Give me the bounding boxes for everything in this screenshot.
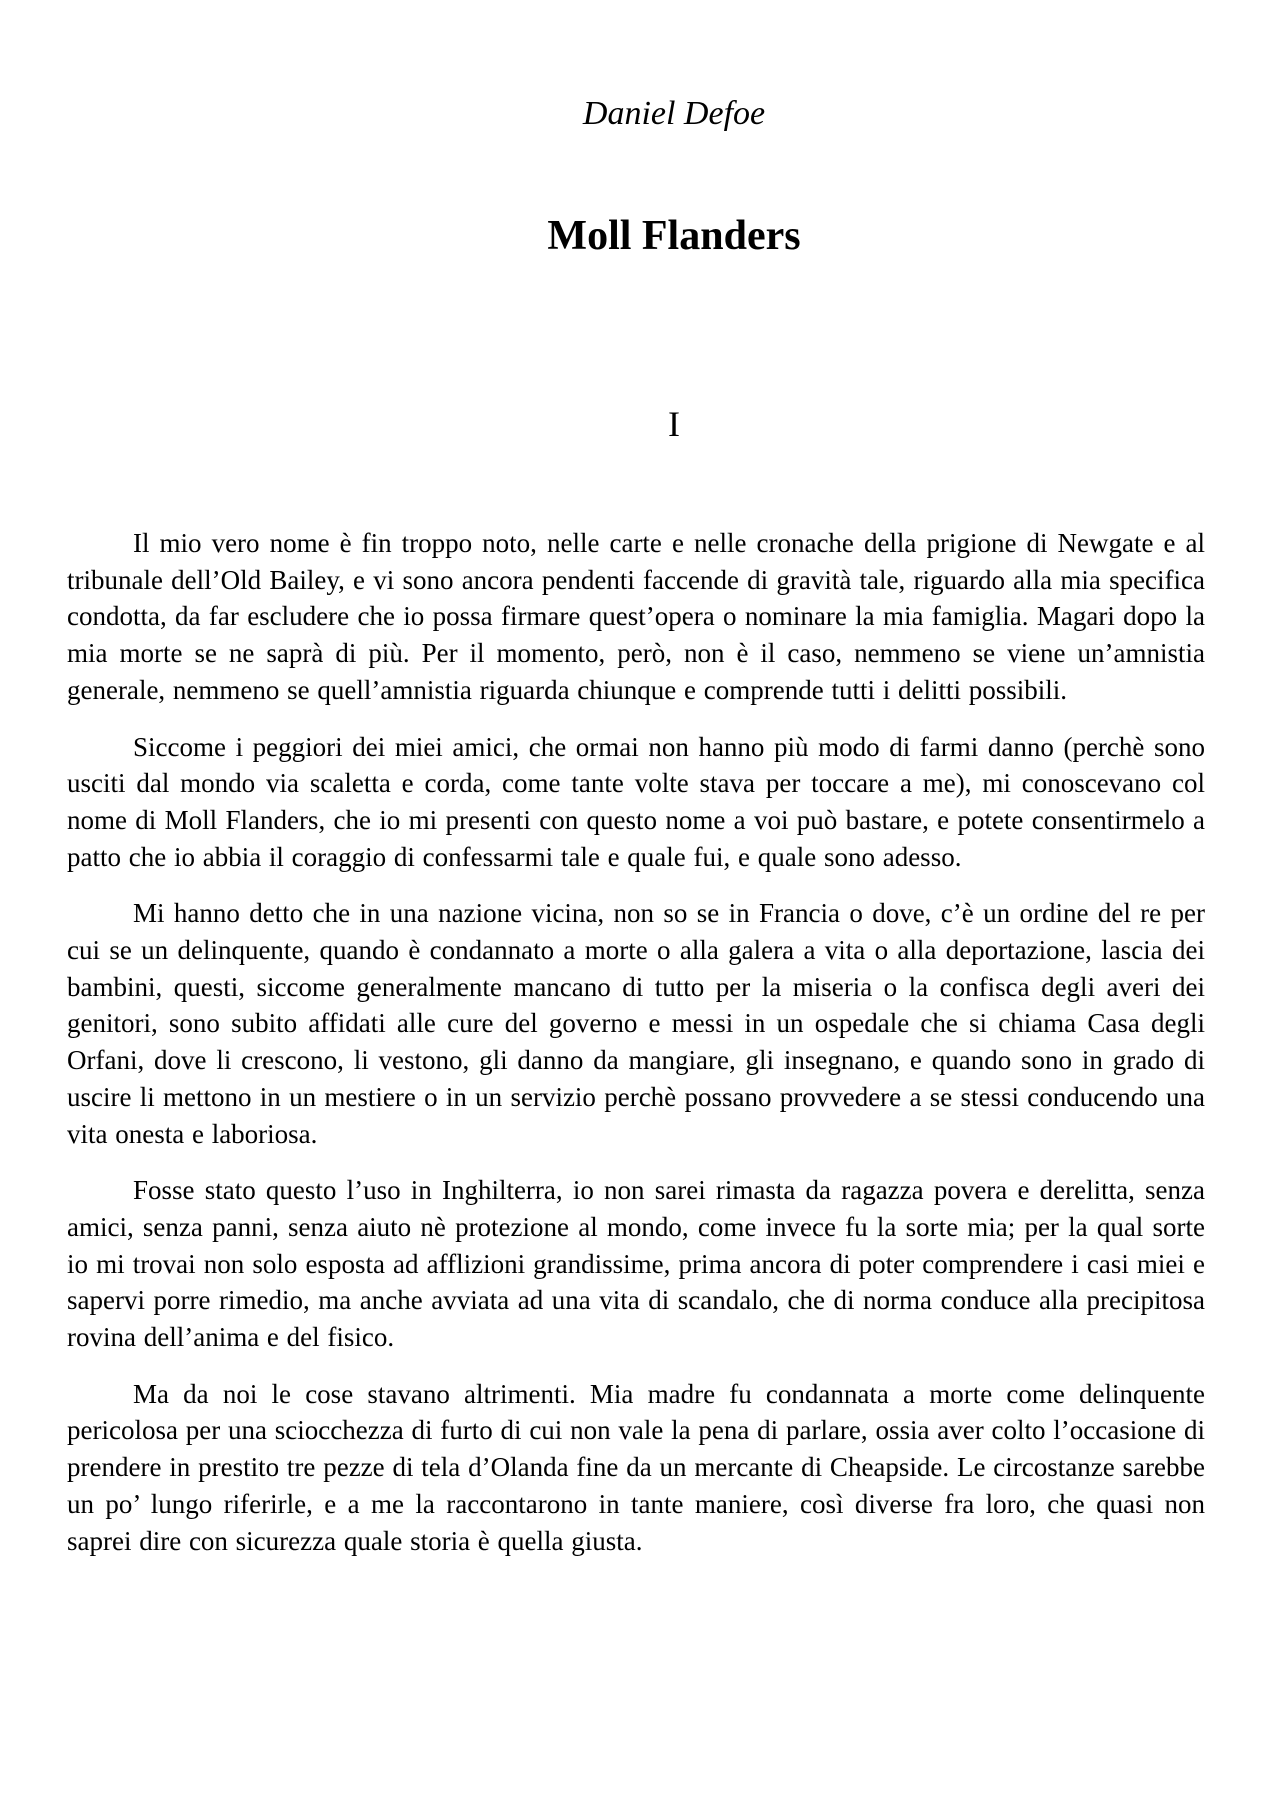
- paragraph: Mi hanno detto che in una nazione vicina…: [67, 895, 1205, 1152]
- document-page: Daniel Defoe Moll Flanders I Il mio vero…: [0, 0, 1280, 1811]
- text-column: Daniel Defoe Moll Flanders I Il mio vero…: [67, 94, 1205, 1559]
- body-text: Il mio vero nome è fin troppo noto, nell…: [67, 525, 1205, 1559]
- paragraph: Siccome i peggiori dei miei amici, che o…: [67, 729, 1205, 876]
- paragraph: Il mio vero nome è fin troppo noto, nell…: [67, 525, 1205, 709]
- book-title: Moll Flanders: [67, 211, 1205, 261]
- paragraph: Fosse stato questo l’uso in Inghilterra,…: [67, 1172, 1205, 1356]
- chapter-number: I: [67, 403, 1205, 446]
- author-name: Daniel Defoe: [67, 94, 1205, 134]
- paragraph: Ma da noi le cose stavano altrimenti. Mi…: [67, 1376, 1205, 1560]
